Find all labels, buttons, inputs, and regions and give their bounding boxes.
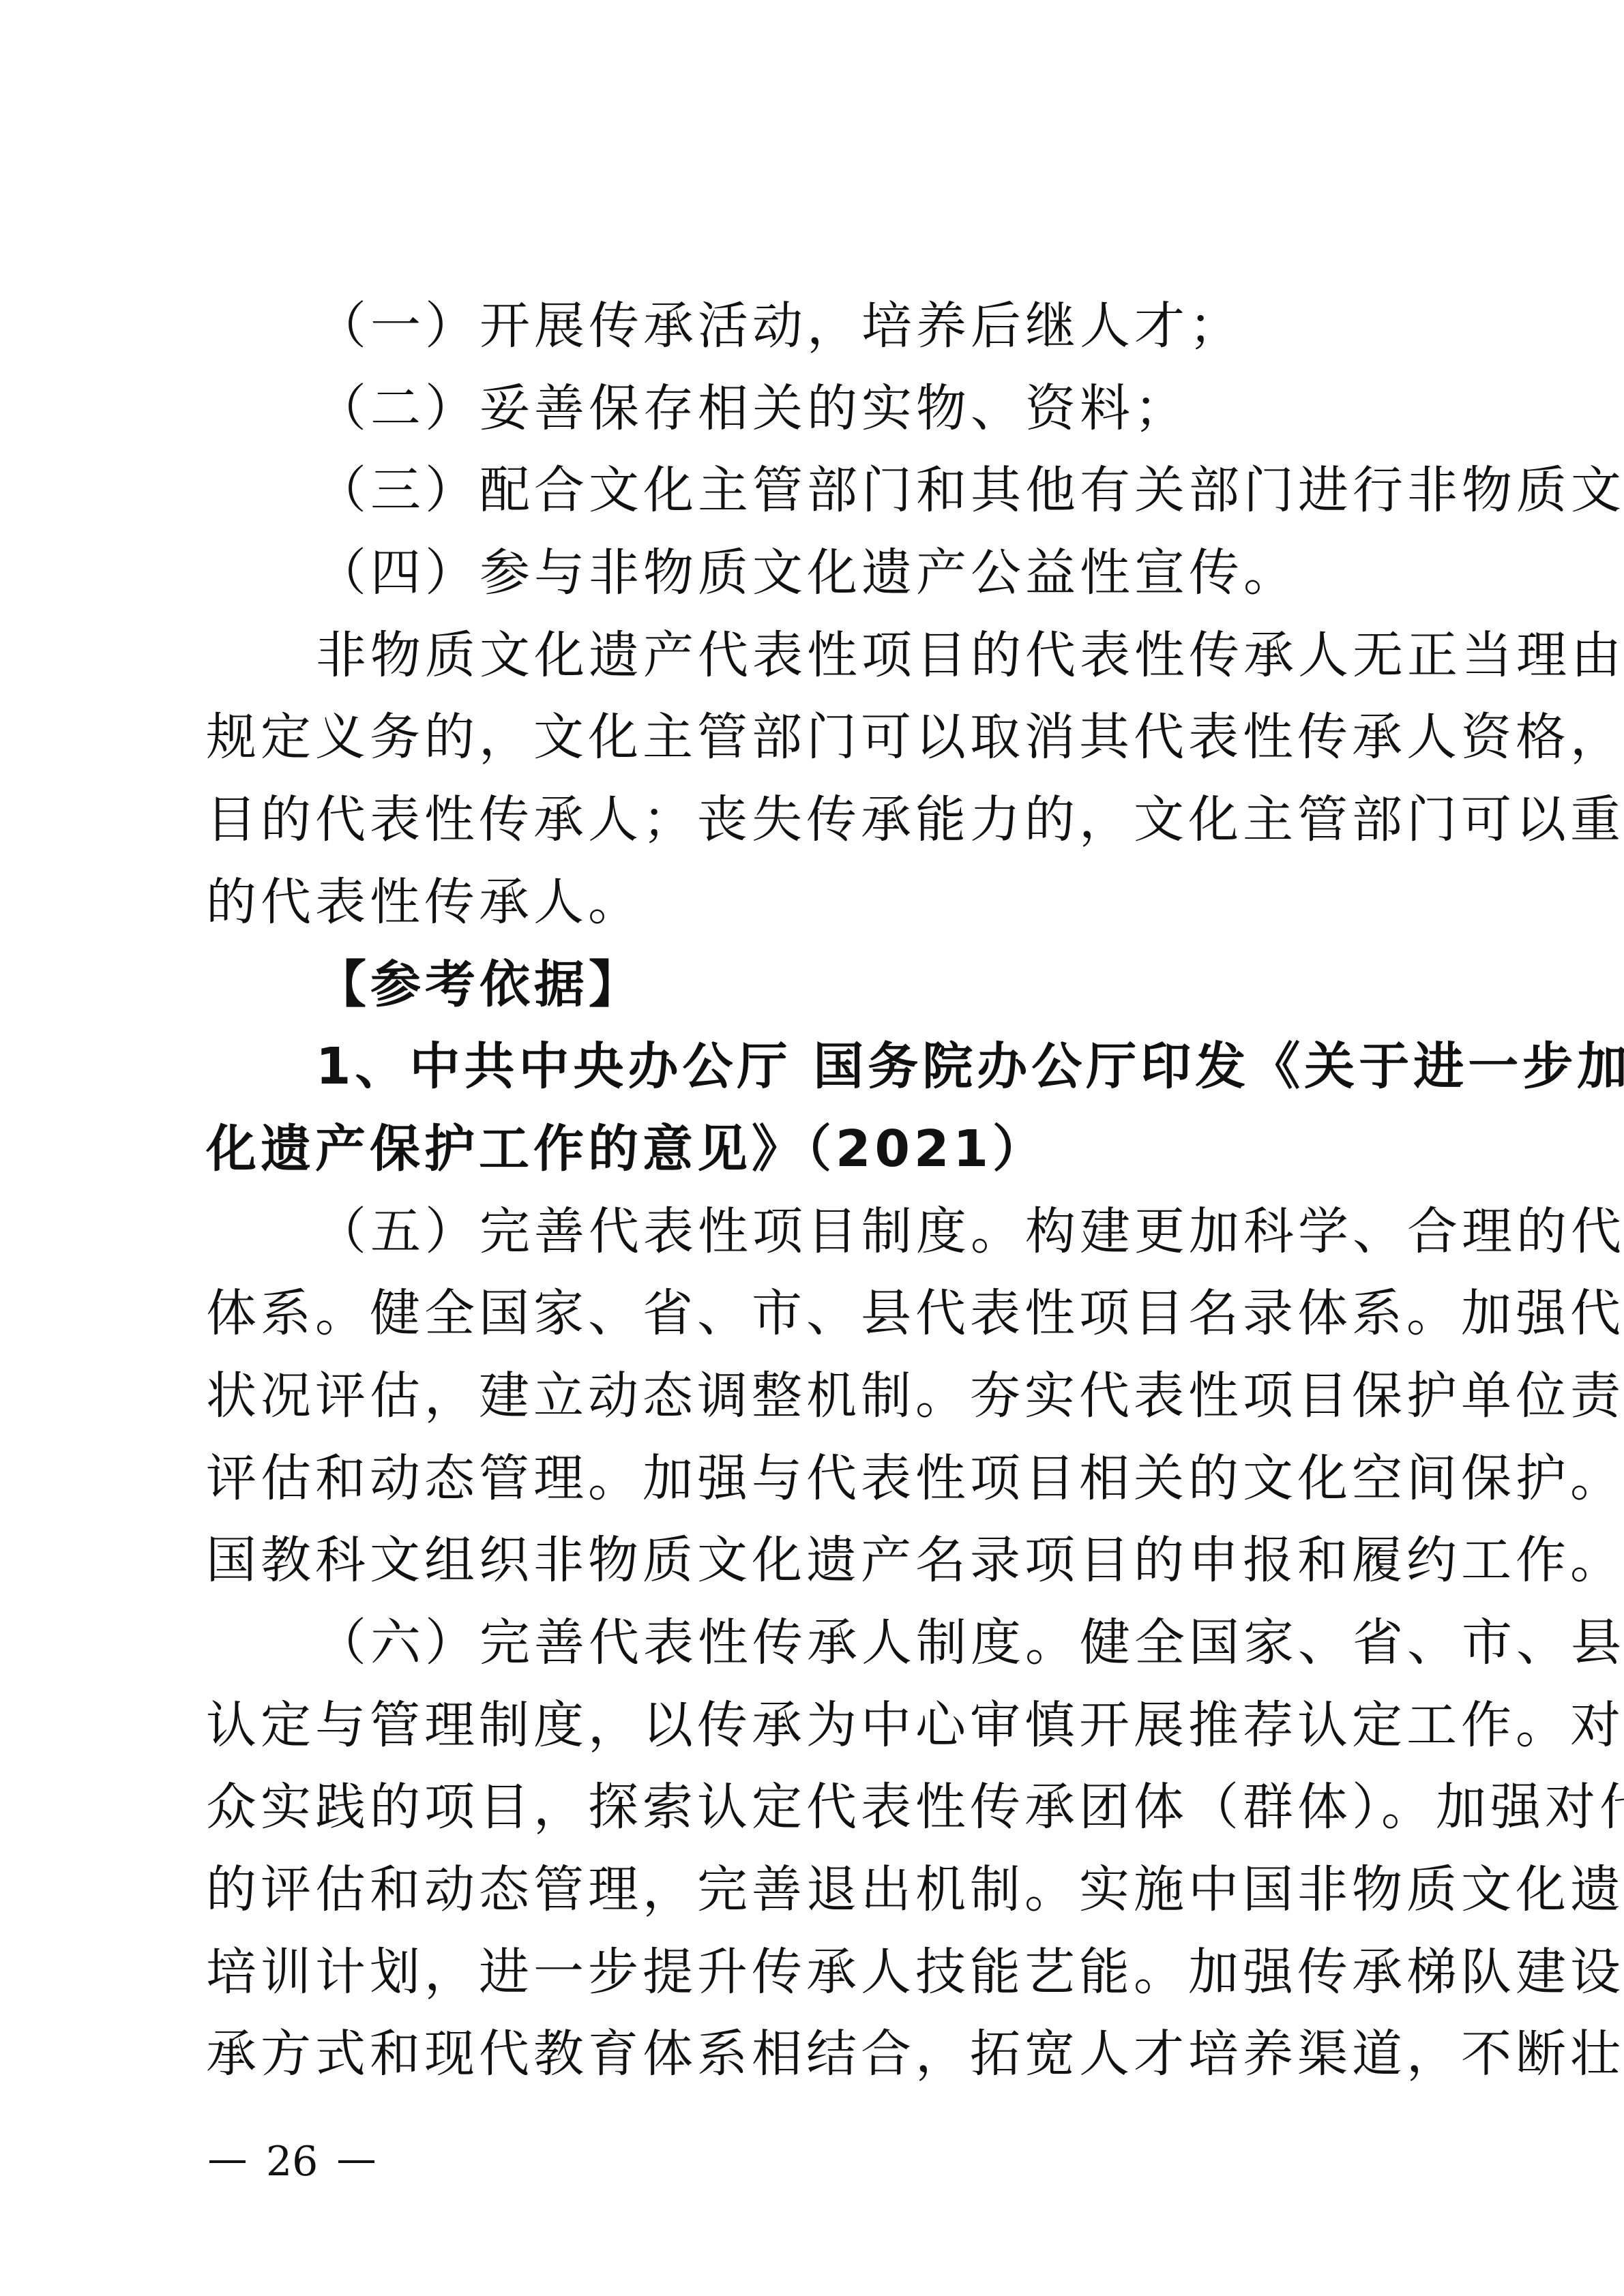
item-6-line: （六）完善代表性传承人制度。健全国家、省、市、县代表性传承人	[206, 1602, 1415, 1684]
item-5-line: 体系。健全国家、省、市、县代表性项目名录体系。加强代表性项目存续	[206, 1272, 1415, 1355]
paragraph-line: 目的代表性传承人；丧失传承能力的，文化主管部门可以重新认定该项目	[206, 779, 1415, 861]
item-6-line: 培训计划，进一步提升传承人技能艺能。加强传承梯队建设，促进传统传	[206, 1931, 1415, 2014]
item-6-line: 承方式和现代教育体系相结合，拓宽人才培养渠道，不断壮大传承队伍。	[206, 2013, 1415, 2096]
paragraph-line: 的代表性传承人。	[206, 861, 1415, 944]
document-page: （一）开展传承活动，培养后继人才； （二）妥善保存相关的实物、资料； （三）配合…	[0, 0, 1624, 2296]
reference-title-line: 化遗产保护工作的意见》（2021）	[206, 1108, 1415, 1191]
obligation-item-3: （三）配合文化主管部门和其他有关部门进行非物质文化遗产调查；	[206, 449, 1415, 532]
item-5-line: 国教科文组织非物质文化遗产名录项目的申报和履约工作。	[206, 1519, 1415, 1602]
item-6-line: 认定与管理制度，以传承为中心审慎开展推荐认定工作。对集体传承、大	[206, 1684, 1415, 1767]
dash-right	[338, 2160, 374, 2163]
dash-left	[209, 2160, 246, 2163]
obligation-item-2: （二）妥善保存相关的实物、资料；	[206, 368, 1415, 450]
item-6-line: 的评估和动态管理，完善退出机制。实施中国非物质文化遗产传承人研修	[206, 1849, 1415, 1931]
item-6-line: 众实践的项目，探索认定代表性传承团体（群体）。加强对代表性传承人	[206, 1766, 1415, 1849]
obligation-item-1: （一）开展传承活动，培养后继人才；	[206, 285, 1415, 368]
page-number-footer: 26	[209, 2134, 374, 2189]
reference-heading: 【参考依据】	[206, 944, 1415, 1026]
page-number: 26	[266, 2134, 318, 2189]
item-5-line: （五）完善代表性项目制度。构建更加科学、合理的代表性项目分类	[206, 1191, 1415, 1273]
item-5-line: 状况评估，建立动态调整机制。夯实代表性项目保护单位责任，加强绩效	[206, 1355, 1415, 1437]
paragraph-line: 规定义务的，文化主管部门可以取消其代表性传承人资格，重新认定该项	[206, 696, 1415, 779]
obligation-item-4: （四）参与非物质文化遗产公益性宣传。	[206, 532, 1415, 614]
item-5-line: 评估和动态管理。加强与代表性项目相关的文化空间保护。积极做好联合	[206, 1437, 1415, 1520]
paragraph-line: 非物质文化遗产代表性项目的代表性传承人无正当理由不履行前款	[206, 614, 1415, 697]
document-body: （一）开展传承活动，培养后继人才； （二）妥善保存相关的实物、资料； （三）配合…	[206, 285, 1415, 2096]
reference-title-line: 1、中共中央办公厅 国务院办公厅印发《关于进一步加强非物质文	[206, 1026, 1415, 1108]
